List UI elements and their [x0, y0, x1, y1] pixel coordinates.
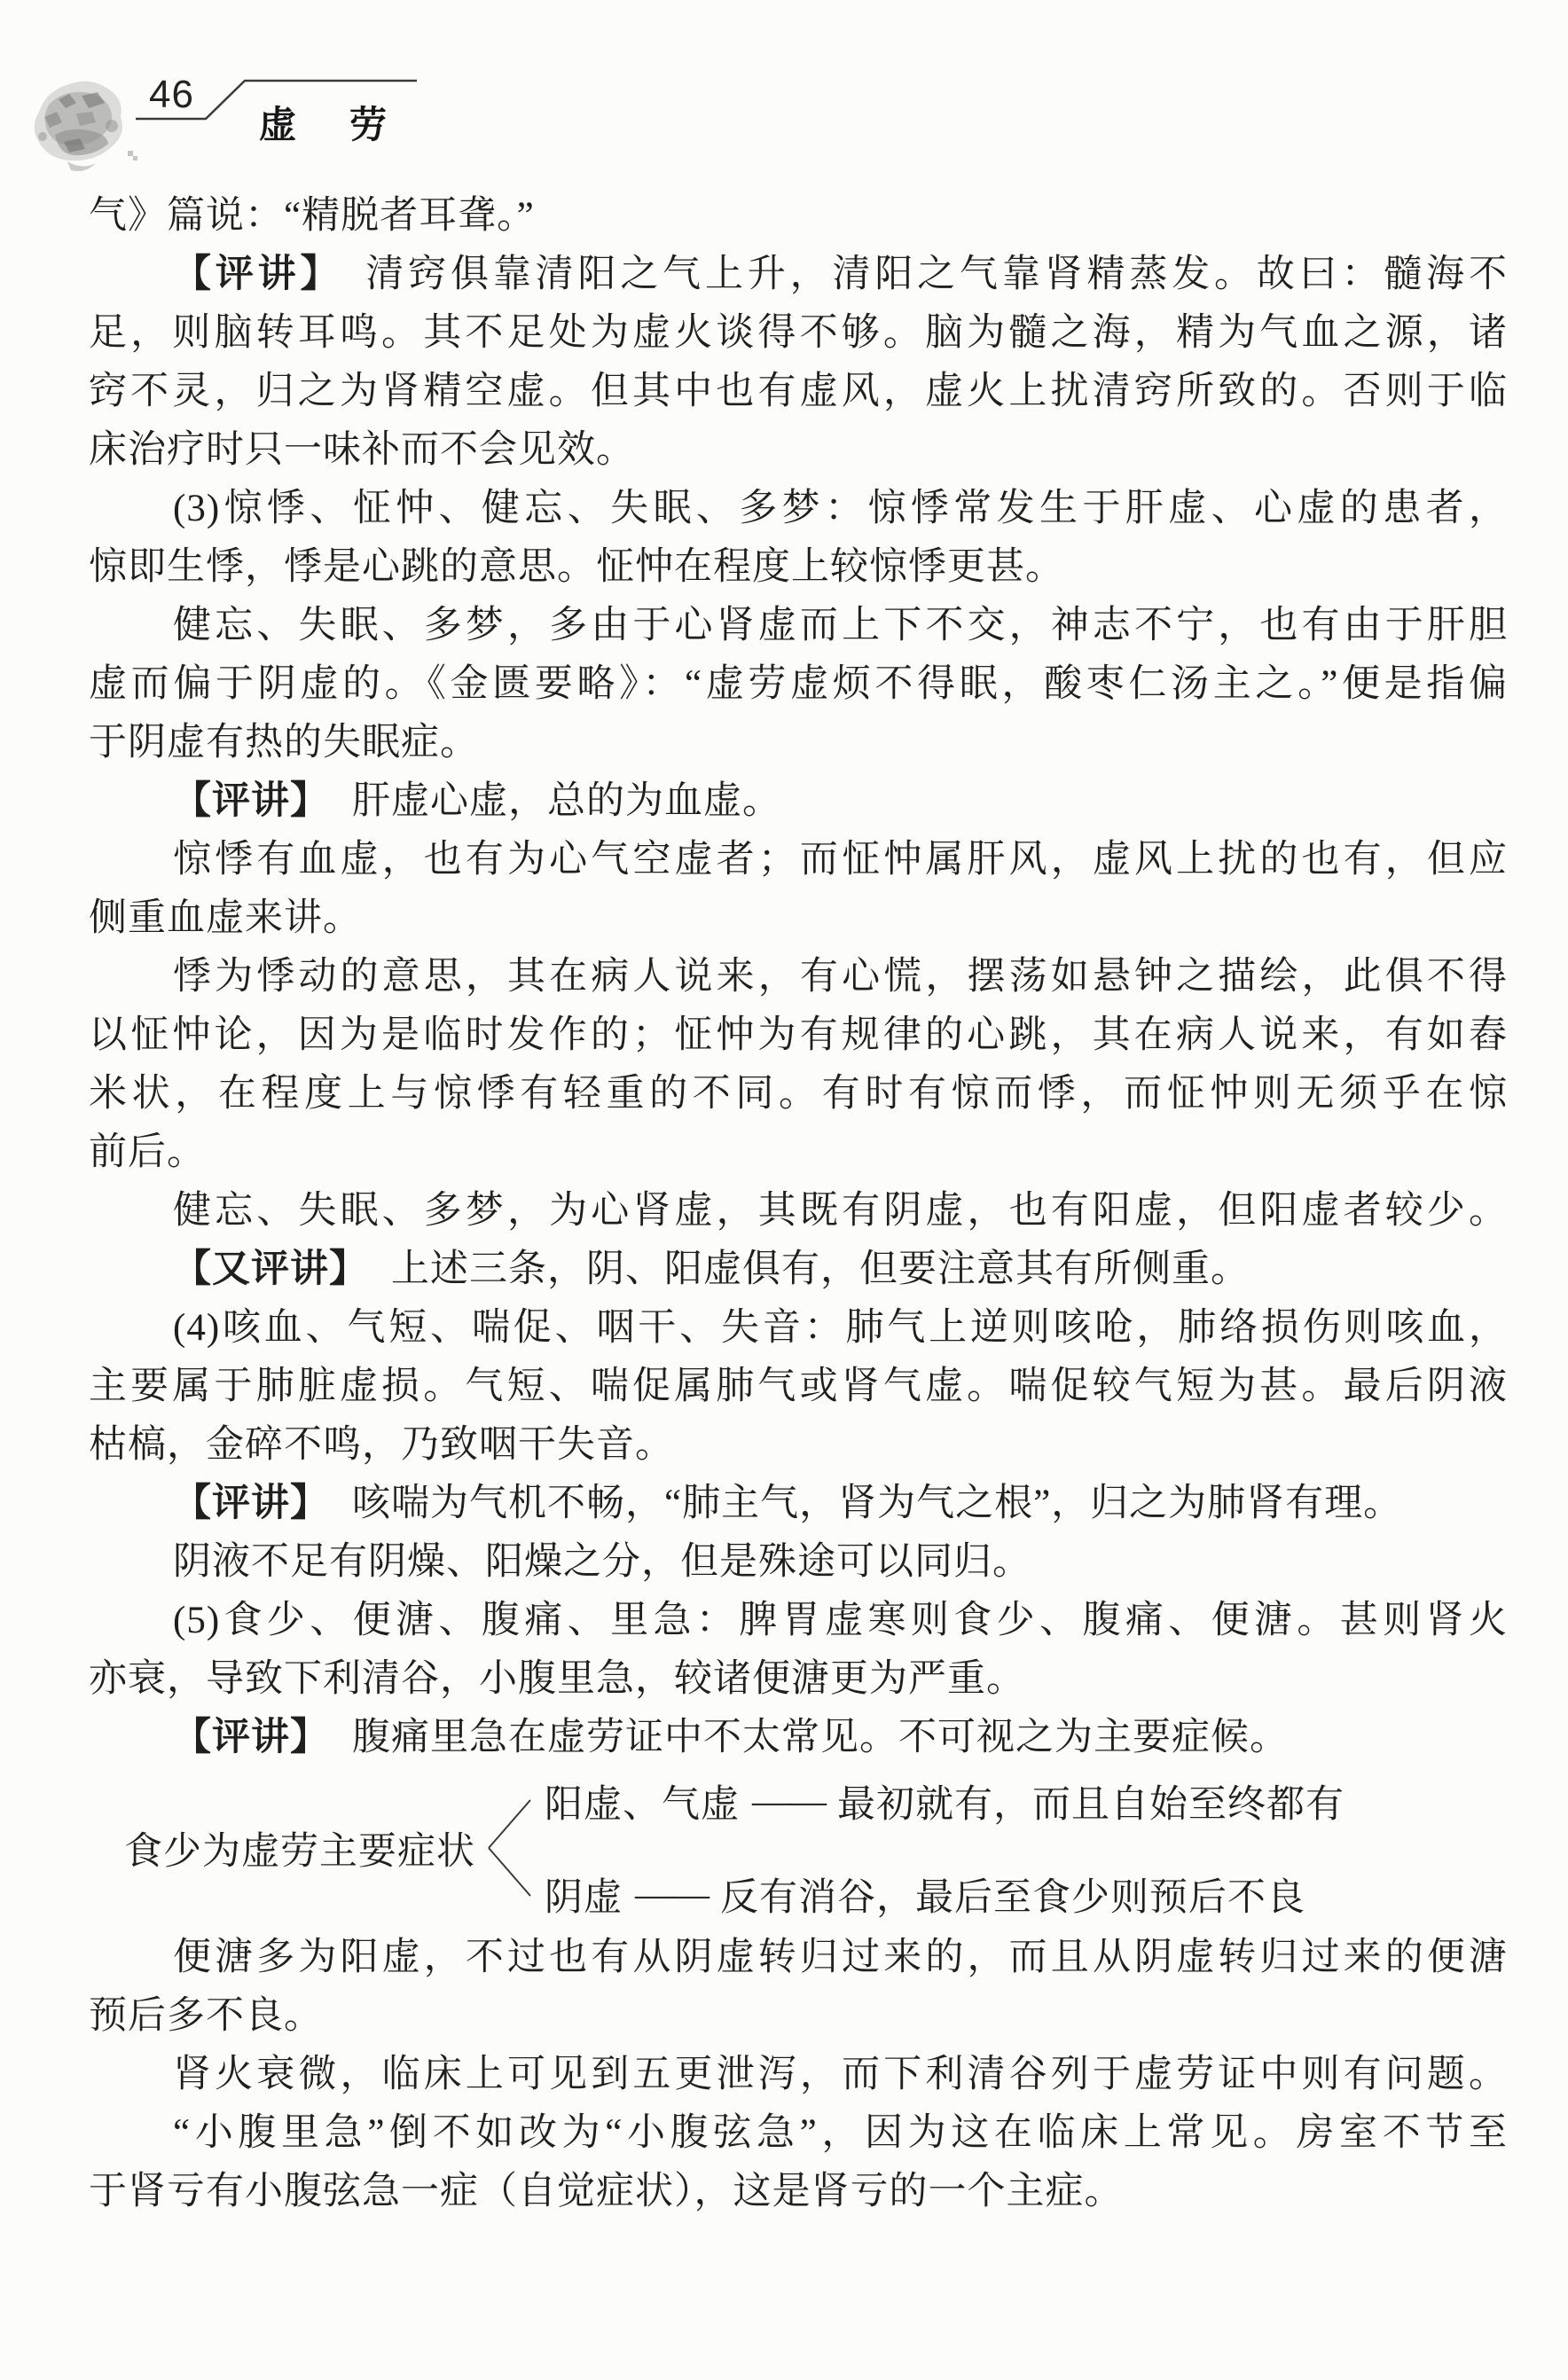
line-text: 便溏多为阳虚，不过也有从阴虚转归过来的，而且从阴虚转归过来的便溏 — [173, 1937, 1508, 1978]
line-text: 主要属于肺脏虚损。气短、喘促属肺气或肾气虚。喘促较气短为甚。最后阴液 — [89, 1366, 1508, 1407]
line-text: 清窍俱靠清阳之气上升，清阳之气靠肾精蒸发。故曰：髓海不 — [365, 254, 1508, 295]
line-text: 惊即生悸，悸是心跳的意思。怔忡在程度上较惊悸更甚。 — [89, 546, 1064, 588]
text-body-upper: 气》篇说：“精脱者耳聋。”【评讲】清窍俱靠清阳之气上升，清阳之气靠肾精蒸发。故曰… — [89, 187, 1508, 1767]
line-text: 以怔忡论，因为是临时发作的；怔忡为有规律的心跳，其在病人说来，有如舂 — [89, 1014, 1508, 1056]
text-line: 便溏多为阳虚，不过也有从阴虚转归过来的，而且从阴虚转归过来的便溏 — [89, 1929, 1508, 1987]
branch-head: 阴虚 — [545, 1867, 623, 1922]
text-line: 悸为悸动的意思，其在病人说来，有心慌，摆荡如悬钟之描绘，此俱不得 — [89, 948, 1508, 1006]
page-number: 46 — [149, 73, 194, 117]
diagram-branch-yin: 阴虚 —— 反有消谷，最后至食少则预后不良 — [545, 1867, 1345, 1922]
line-text: 惊悸有血虚，也有为心气空虚者；而怔忡属肝风，虚风上扰的也有，但应 — [173, 839, 1508, 881]
diagram-label: 食少为虚劳主要症状 — [124, 1821, 475, 1875]
text-line: 窍不灵，归之为肾精空虚。但其中也有虚风，虚火上扰清窍所致的。否则于临 — [89, 363, 1508, 421]
line-text: 悸为悸动的意思，其在病人说来，有心慌，摆荡如悬钟之描绘，此俱不得 — [173, 956, 1508, 998]
text-line: 前后。 — [89, 1123, 1508, 1182]
text-line: (5)食少、便溏、腹痛、里急：脾胃虚寒则食少、腹痛、便溏。甚则肾火 — [89, 1592, 1508, 1650]
text-line: 【评讲】清窍俱靠清阳之气上升，清阳之气靠肾精蒸发。故曰：髓海不 — [89, 246, 1508, 304]
text-line: 惊悸有血虚，也有为心气空虚者；而怔忡属肝风，虚风上扰的也有，但应 — [89, 831, 1508, 889]
line-text: (3)惊悸、怔忡、健忘、失眠、多梦：惊悸常发生于肝虚、心虚的患者， — [173, 488, 1508, 529]
text-line: 健忘、失眠、多梦，多由于心肾虚而上下不交，神志不宁，也有由于肝胆 — [89, 597, 1508, 655]
text-line: 足，则脑转耳鸣。其不足处为虚火谈得不够。脑为髓之海，精为气血之源，诸 — [89, 304, 1508, 363]
chapter-title: 虚 劳 — [259, 96, 395, 149]
text-line: 亦衰，导致下利清谷，小腹里急，较诸便溏更为严重。 — [89, 1650, 1508, 1709]
comment-tag: 【又评讲】 — [173, 1249, 368, 1290]
line-text: 健忘、失眠、多梦，多由于心肾虚而上下不交，神志不宁，也有由于肝胆 — [173, 605, 1508, 646]
branch-head: 阳虚、气虚 — [545, 1774, 740, 1828]
line-text: 于阴虚有热的失眠症。 — [89, 722, 479, 763]
text-line: 侧重血虚来讲。 — [89, 889, 1508, 948]
line-text: “小腹里急”倒不如改为“小腹弦急”，因为这在临床上常见。房室不节至 — [173, 2112, 1508, 2154]
line-text: 米状，在程度上与惊悸有轻重的不同。有时有惊而悸，而怔忡则无须乎在惊 — [89, 1073, 1508, 1115]
comment-tag: 【评讲】 — [173, 254, 342, 295]
comment-tag: 【评讲】 — [173, 1717, 329, 1758]
line-text: 上述三条，阴、阳虚俱有，但要注意其有所侧重。 — [391, 1249, 1250, 1290]
line-text: 阴液不足有阴燥、阳燥之分，但是殊途可以同归。 — [173, 1541, 1031, 1583]
line-text: 肝虚心虚，总的为血虚。 — [352, 780, 781, 822]
line-text: 于肾亏有小腹弦急一症（自觉症状），这是肾亏的一个主症。 — [89, 2171, 1124, 2212]
line-text: 气》篇说：“精脱者耳聋。” — [89, 195, 535, 237]
branch-dash: —— — [752, 1780, 825, 1823]
text-line: 于阴虚有热的失眠症。 — [89, 714, 1508, 772]
text-body-lower: 便溏多为阳虚，不过也有从阴虚转归过来的，而且从阴虚转归过来的便溏预后多不良。肾火… — [89, 1929, 1508, 2221]
text-line: 枯槁，金碎不鸣，乃致咽干失音。 — [89, 1416, 1508, 1475]
page-content: 气》篇说：“精脱者耳聋。”【评讲】清窍俱靠清阳之气上升，清阳之气靠肾精蒸发。故曰… — [89, 187, 1508, 2221]
text-line: (4)咳血、气短、喘促、咽干、失音：肺气上逆则咳呛，肺络损伤则咳血， — [89, 1299, 1508, 1358]
text-line: 阴液不足有阴燥、阳燥之分，但是殊途可以同归。 — [89, 1533, 1508, 1592]
text-line: 健忘、失眠、多梦，为心肾虚，其既有阴虚，也有阳虚，但阳虚者较少。 — [89, 1182, 1508, 1241]
text-line: 虚而偏于阴虚的。《金匮要略》：“虚劳虚烦不得眠，酸枣仁汤主之。”便是指偏 — [89, 655, 1508, 714]
text-line: 米状，在程度上与惊悸有轻重的不同。有时有惊而悸，而怔忡则无须乎在惊 — [89, 1065, 1508, 1123]
comment-tag: 【评讲】 — [173, 780, 329, 822]
line-text: 床治疗时只一味补而不会见效。 — [89, 429, 635, 471]
text-line: 于肾亏有小腹弦急一症（自觉症状），这是肾亏的一个主症。 — [89, 2163, 1508, 2221]
line-text: (4)咳血、气短、喘促、咽干、失音：肺气上逆则咳呛，肺络损伤则咳血， — [173, 1307, 1508, 1349]
branch-desc: 反有消谷，最后至食少则预后不良 — [720, 1867, 1305, 1922]
branch-dash: —— — [635, 1873, 708, 1916]
text-line: 床治疗时只一味补而不会见效。 — [89, 421, 1508, 480]
text-line: 气》篇说：“精脱者耳聋。” — [89, 187, 1508, 246]
comment-tag: 【评讲】 — [173, 1483, 329, 1524]
text-line: 以怔忡论，因为是临时发作的；怔忡为有规律的心跳，其在病人说来，有如舂 — [89, 1006, 1508, 1065]
line-text: 腹痛里急在虚劳证中不太常见。不可视之为主要症候。 — [352, 1717, 1289, 1758]
line-text: 健忘、失眠、多梦，为心肾虚，其既有阴虚，也有阳虚，但阳虚者较少。 — [173, 1190, 1508, 1232]
diagram-branches: 阳虚、气虚 —— 最初就有，而且自始至终都有 阴虚 —— 反有消谷，最后至食少则… — [545, 1774, 1345, 1922]
line-text: 亦衰，导致下利清谷，小腹里急，较诸便溏更为严重。 — [89, 1658, 1025, 1700]
line-text: 咳喘为气机不畅，“肺主气，肾为气之根”，归之为肺肾有理。 — [352, 1483, 1402, 1524]
book-page: 46 虚 劳 气》篇说：“精脱者耳聋。”【评讲】清窍俱靠清阳之气上升，清阳之气靠… — [0, 0, 1568, 2380]
fork-lines-icon — [486, 1789, 534, 1906]
diagram-food-intake: 食少为虚劳主要症状 阳虚、气虚 —— 最初就有，而且自始至终都有 阴虚 —— 反… — [124, 1767, 1508, 1929]
line-text: 侧重血虚来讲。 — [89, 897, 362, 939]
line-text: (5)食少、便溏、腹痛、里急：脾胃虚寒则食少、腹痛、便溏。甚则肾火 — [173, 1600, 1508, 1641]
text-line: (3)惊悸、怔忡、健忘、失眠、多梦：惊悸常发生于肝虚、心虚的患者， — [89, 480, 1508, 538]
line-text: 虚而偏于阴虚的。《金匮要略》：“虚劳虚烦不得眠，酸枣仁汤主之。”便是指偏 — [89, 663, 1508, 705]
line-text: 窍不灵，归之为肾精空虚。但其中也有虚风，虚火上扰清窍所致的。否则于临 — [89, 371, 1508, 412]
text-line: 肾火衰微，临床上可见到五更泄泻，而下利清谷列于虚劳证中则有问题。 — [89, 2046, 1508, 2104]
line-text: 足，则脑转耳鸣。其不足处为虚火谈得不够。脑为髓之海，精为气血之源，诸 — [89, 312, 1508, 354]
text-line: 【评讲】肝虚心虚，总的为血虚。 — [89, 772, 1508, 831]
text-line: 预后多不良。 — [89, 1987, 1508, 2046]
line-text: 肾火衰微，临床上可见到五更泄泻，而下利清谷列于虚劳证中则有问题。 — [173, 2054, 1508, 2095]
line-text: 枯槁，金碎不鸣，乃致咽干失音。 — [89, 1424, 674, 1466]
branch-desc: 最初就有，而且自始至终都有 — [837, 1774, 1345, 1828]
text-line: 惊即生悸，悸是心跳的意思。怔忡在程度上较惊悸更甚。 — [89, 538, 1508, 597]
text-line: 主要属于肺脏虚损。气短、喘促属肺气或肾气虚。喘促较气短为甚。最后阴液 — [89, 1358, 1508, 1416]
line-text: 前后。 — [89, 1131, 206, 1173]
line-text: 预后多不良。 — [89, 1995, 323, 2037]
text-line: 【又评讲】上述三条，阴、阳虚俱有，但要注意其有所侧重。 — [89, 1241, 1508, 1299]
text-line: 【评讲】腹痛里急在虚劳证中不太常见。不可视之为主要症候。 — [89, 1709, 1508, 1767]
text-line: 【评讲】咳喘为气机不畅，“肺主气，肾为气之根”，归之为肺肾有理。 — [89, 1475, 1508, 1533]
diagram-branch-yang-qi: 阳虚、气虚 —— 最初就有，而且自始至终都有 — [545, 1774, 1345, 1828]
text-line: “小腹里急”倒不如改为“小腹弦急”，因为这在临床上常见。房室不节至 — [89, 2104, 1508, 2163]
